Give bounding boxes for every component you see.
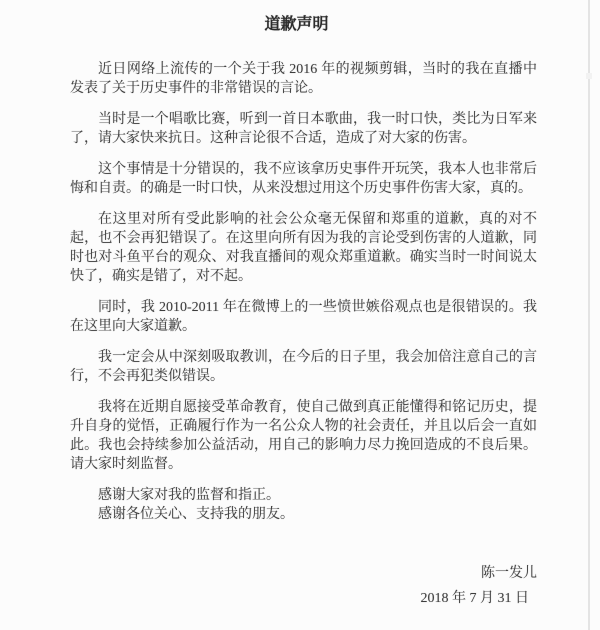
closing-line: 感谢大家对我的监督和指正。: [70, 486, 537, 505]
closing-block: 感谢大家对我的监督和指正。 感谢各位关心、支持我的朋友。: [70, 486, 537, 524]
paragraph: 当时是一个唱歌比赛，听到一首日本歌曲，我一时口快，类比为日军来了，请大家快来抗日…: [70, 110, 537, 148]
paragraph: 这个事情是十分错误的，我不应该拿历史事件开玩笑，我本人也非常后悔和自责。的确是一…: [70, 160, 537, 198]
edge-line-notch: [586, 73, 592, 79]
paragraph: 我将在近期自愿接受革命教育，使自己做到真正能懂得和铭记历史，提升自身的觉悟，正确…: [70, 398, 537, 474]
paragraph: 同时，我 2010-2011 年在微博上的一些愤世嫉俗观点也是很错误的。我在这里…: [70, 298, 537, 336]
paragraph: 我一定会从中深刻吸取教训，在今后的日子里，我会加倍注意自己的言行，不会再犯类似错…: [70, 348, 537, 386]
signature-block: 陈一发儿 2018 年 7 月 31 日: [70, 561, 537, 611]
signature: 陈一发儿: [70, 561, 537, 586]
apology-document: 道歉声明 近日网络上流传的一个关于我 2016 年的视频剪辑，当时的我在直播中发…: [0, 0, 600, 630]
date: 2018 年 7 月 31 日: [70, 586, 537, 611]
document-body: 道歉声明 近日网络上流传的一个关于我 2016 年的视频剪辑，当时的我在直播中发…: [0, 0, 600, 611]
right-edge-line: [588, 0, 590, 630]
closing-line: 感谢各位关心、支持我的朋友。: [70, 505, 537, 524]
document-title: 道歉声明: [70, 14, 523, 36]
paragraph: 在这里对所有受此影响的社会公众毫无保留和郑重的道歉，真的对不起，也不会再犯错误了…: [70, 210, 537, 286]
paragraph: 近日网络上流传的一个关于我 2016 年的视频剪辑，当时的我在直播中发表了关于历…: [70, 60, 537, 98]
